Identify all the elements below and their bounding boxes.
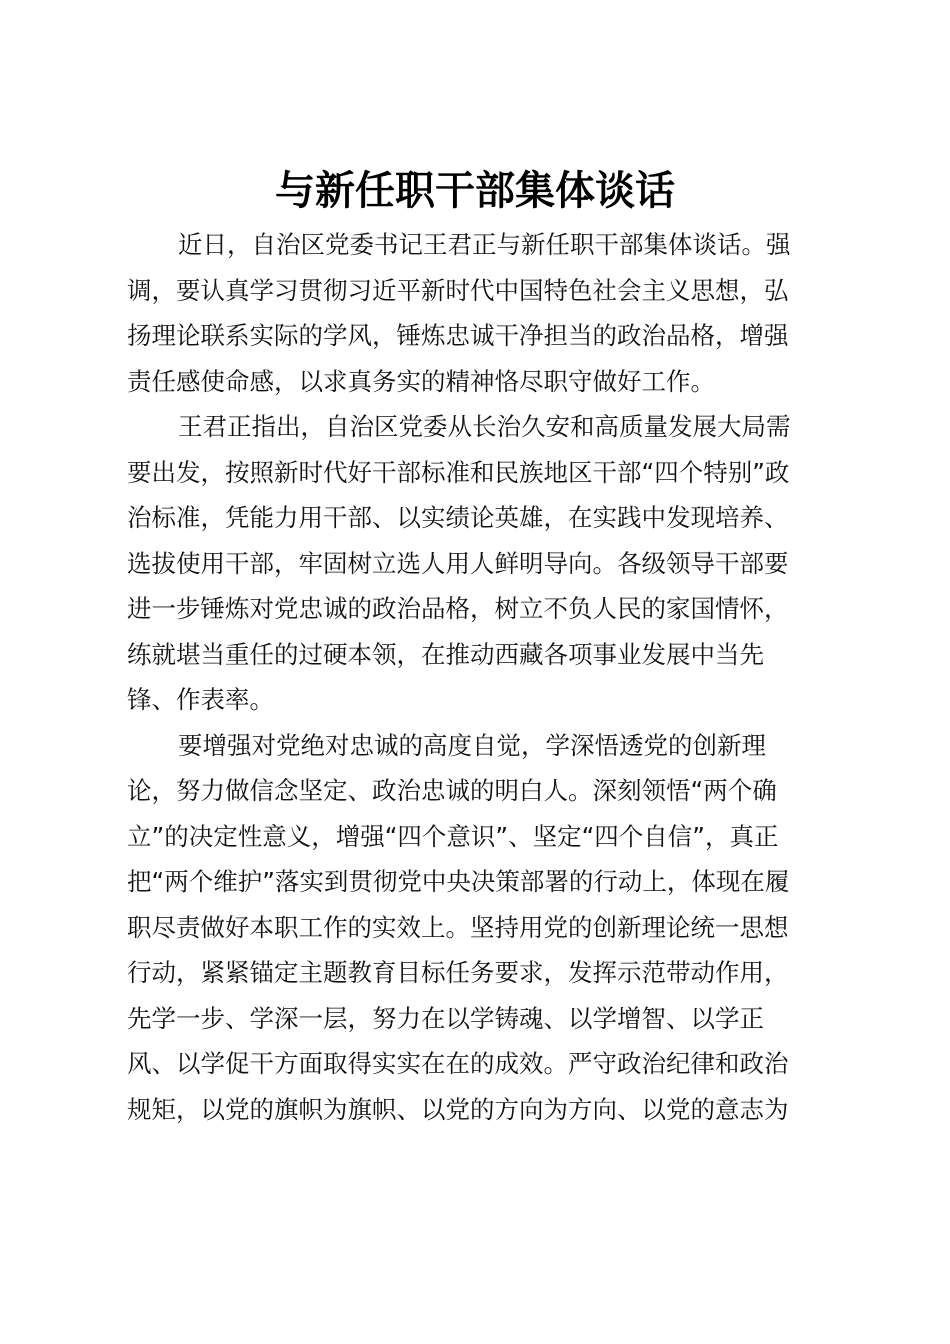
paragraph-3: 要增强对党绝对忠诚的高度自觉，学深悟透党的创新理 论，努力做信念坚定、政治忠诚的…: [127, 723, 827, 1133]
document-body: 近日，自治区党委书记王君正与新任职干部集体谈话。强 调，要认真学习贯彻习近平新时…: [127, 222, 827, 1132]
text-line: 责任感使命感，以求真务实的精神恪尽职守做好工作。: [127, 359, 827, 405]
text-line: 规矩，以党的旗帜为旗帜、以党的方向为方向、以党的意志为: [127, 1087, 827, 1133]
text-line: 调，要认真学习贯彻习近平新时代中国特色社会主义思想，弘: [127, 268, 827, 314]
text-line: 要增强对党绝对忠诚的高度自觉，学深悟透党的创新理: [127, 723, 827, 769]
text-line: 进一步锤炼对党忠诚的政治品格，树立不负人民的家国情怀，: [127, 586, 827, 632]
document-title: 与新任职干部集体谈话: [0, 166, 950, 216]
text-line: 选拔使用干部，牢固树立选人用人鲜明导向。各级领导干部要: [127, 541, 827, 587]
text-line: 立”的决定性意义，增强“四个意识”、坚定“四个自信”，真正: [127, 814, 827, 860]
text-line: 王君正指出，自治区党委从长治久安和高质量发展大局需: [127, 404, 827, 450]
text-line: 行动，紧紧锚定主题教育目标任务要求，发挥示范带动作用，: [127, 950, 827, 996]
text-line: 练就堪当重任的过硬本领，在推动西藏各项事业发展中当先: [127, 632, 827, 678]
text-line: 扬理论联系实际的学风，锤炼忠诚干净担当的政治品格，增强: [127, 313, 827, 359]
text-line: 把“两个维护”落实到贯彻党中央决策部署的行动上，体现在履: [127, 859, 827, 905]
text-line: 职尽责做好本职工作的实效上。坚持用党的创新理论统一思想: [127, 905, 827, 951]
text-line: 锋、作表率。: [127, 677, 827, 723]
document-page: 与新任职干部集体谈话 近日，自治区党委书记王君正与新任职干部集体谈话。强 调，要…: [0, 0, 950, 1344]
text-line: 先学一步、学深一层，努力在以学铸魂、以学增智、以学正: [127, 996, 827, 1042]
text-line: 论，努力做信念坚定、政治忠诚的明白人。深刻领悟“两个确: [127, 768, 827, 814]
text-line: 近日，自治区党委书记王君正与新任职干部集体谈话。强: [127, 222, 827, 268]
paragraph-1: 近日，自治区党委书记王君正与新任职干部集体谈话。强 调，要认真学习贯彻习近平新时…: [127, 222, 827, 404]
text-line: 要出发，按照新时代好干部标准和民族地区干部“四个特别”政: [127, 450, 827, 496]
text-line: 治标准，凭能力用干部、以实绩论英雄，在实践中发现培养、: [127, 495, 827, 541]
text-line: 风、以学促干方面取得实实在在的成效。严守政治纪律和政治: [127, 1041, 827, 1087]
paragraph-2: 王君正指出，自治区党委从长治久安和高质量发展大局需 要出发，按照新时代好干部标准…: [127, 404, 827, 723]
